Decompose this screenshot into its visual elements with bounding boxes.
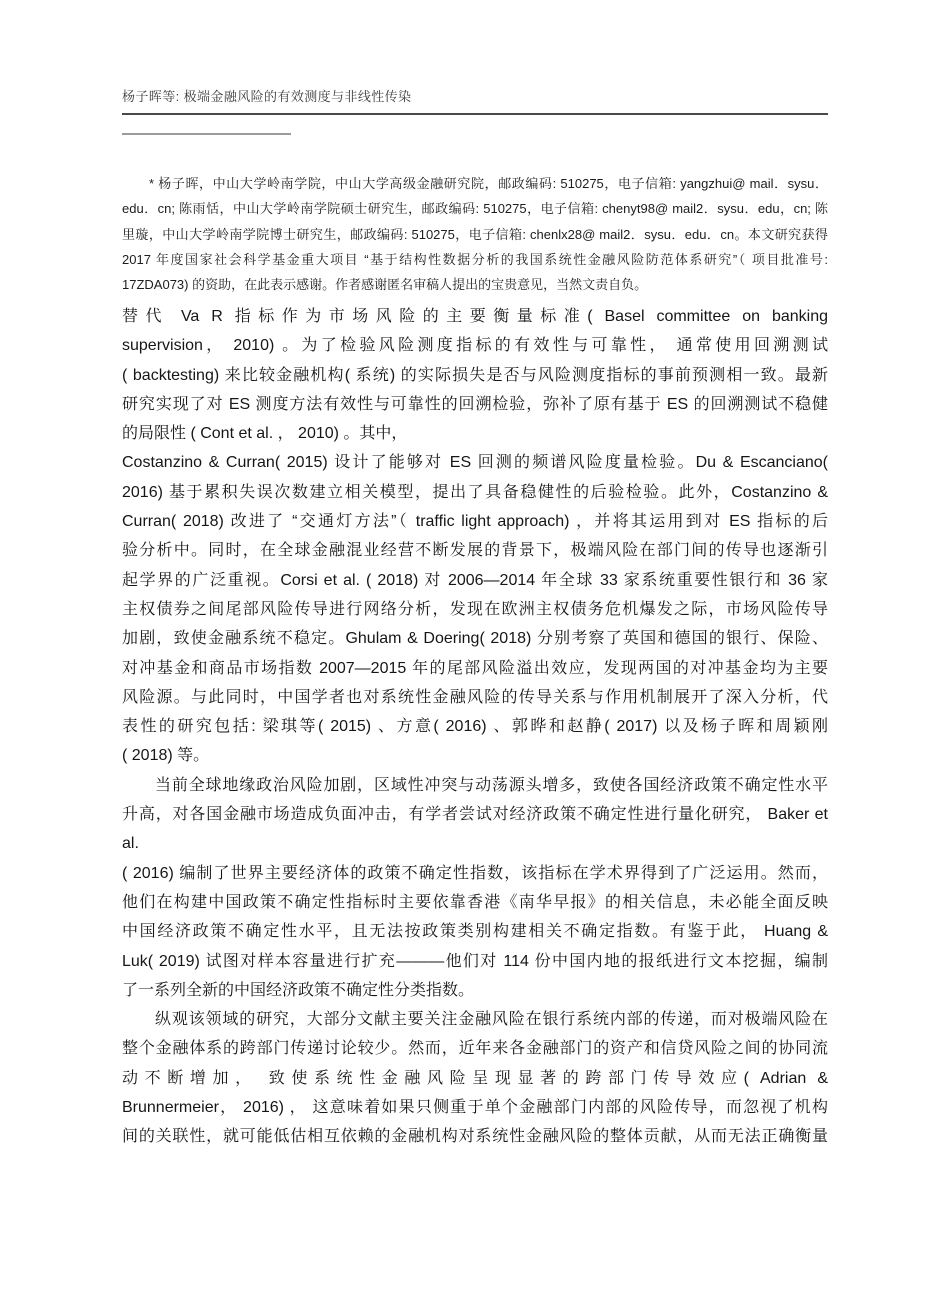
- body-line: supervision， 2010) 。为了检验风险测度指标的有效性与可靠性， …: [122, 331, 828, 360]
- body-line: 间的关联性，就可能低估相互依赖的金融机构对系统性金融风险的整体贡献，从而无法正确…: [122, 1122, 828, 1151]
- body-line: 的局限性 ( Cont et al. ， 2010) 。其中，: [122, 419, 828, 448]
- footnote-block: * 杨子晖，中山大学岭南学院，中山大学高级金融研究院，邮政编码: 510275，…: [122, 171, 828, 297]
- paper-page: 杨子晖等: 极端金融风险的有效测度与非线性传染 * 杨子晖，中山大学岭南学院，中…: [0, 0, 950, 1290]
- footnote-line: 2017 年度国家社会科学基金重大项目 “基于结构性数据分析的我国系统性金融风险…: [122, 247, 828, 272]
- footnote-line: * 杨子晖，中山大学岭南学院，中山大学高级金融研究院，邮政编码: 510275，…: [122, 171, 828, 196]
- body-line: 风险源。与此同时，中国学者也对系统性金融风险的传导关系与作用机制展开了深入分析，…: [122, 683, 828, 712]
- body-line: 中国经济政策不确定性水平，且无法按政策类别构建相关不确定指数。有鉴于此， Hua…: [122, 917, 828, 946]
- footnote-line: 里璇，中山大学岭南学院博士研究生，邮政编码: 510275，电子信箱: chen…: [122, 222, 828, 247]
- body-line: 整个金融体系的跨部门传递讨论较少。然而，近年来各金融部门的资产和信贷风险之间的协…: [122, 1034, 828, 1063]
- header-rule: [122, 113, 828, 115]
- body-line: Luk( 2019) 试图对样本容量进行扩充———他们对 114 份中国内地的报…: [122, 947, 828, 976]
- body-line: 2016) 基于累积失误次数建立相关模型，提出了具备稳健性的后验检验。此外，Co…: [122, 478, 828, 507]
- footnote-separator-rule: [122, 133, 291, 135]
- body-line: Brunnermeier， 2016) ， 这意味着如果只侧重于单个金融部门内部…: [122, 1093, 828, 1122]
- footnote-line: edu．cn; 陈雨恬，中山大学岭南学院硕士研究生，邮政编码: 510275，电…: [122, 196, 828, 221]
- body-line: 起学界的广泛重视。Corsi et al. ( 2018) 对 2006—201…: [122, 566, 828, 595]
- body-text-block: 替代 Va R 指标作为市场风险的主要衡量标准( Basel committee…: [122, 302, 828, 1152]
- body-line: Costanzino & Curran( 2015) 设计了能够对 ES 回测的…: [122, 448, 828, 477]
- body-line: ( backtesting) 来比较金融机构( 系统) 的实际损失是否与风险测度…: [122, 361, 828, 390]
- body-line: ( 2018) 等。: [122, 741, 828, 770]
- body-line: 对冲基金和商品市场指数 2007—2015 年的尾部风险溢出效应，发现两国的对冲…: [122, 654, 828, 683]
- body-line: 加剧，致使金融系统不稳定。Ghulam & Doering( 2018) 分别考…: [122, 624, 828, 653]
- body-line: 验分析中。同时，在全球金融混业经营不断发展的背景下，极端风险在部门间的传导也逐渐…: [122, 536, 828, 565]
- body-line: 主权债券之间尾部风险传导进行网络分析，发现在欧洲主权债务危机爆发之际，市场风险传…: [122, 595, 828, 624]
- body-line: 表性的研究包括: 梁琪等( 2015) 、方意( 2016) 、郭晔和赵静( 2…: [122, 712, 828, 741]
- body-line: 他们在构建中国政策不确定性指标时主要依靠香港《南华早报》的相关信息，未必能全面反…: [122, 888, 828, 917]
- running-header: 杨子晖等: 极端金融风险的有效测度与非线性传染: [122, 86, 828, 105]
- body-line: 纵观该领域的研究，大部分文献主要关注金融风险在银行系统内部的传递，而对极端风险在: [122, 1005, 828, 1034]
- body-line: al.: [122, 829, 828, 858]
- footnote-line: 17ZDA073) 的资助，在此表示感谢。作者感谢匿名审稿人提出的宝贵意见，当然…: [122, 272, 828, 297]
- body-line: Curran( 2018) 改进了 “交通灯方法”（ traffic light…: [122, 507, 828, 536]
- body-line: ( 2016) 编制了世界主要经济体的政策不确定性指数，该指标在学术界得到了广泛…: [122, 859, 828, 888]
- body-line: 替代 Va R 指标作为市场风险的主要衡量标准( Basel committee…: [122, 302, 828, 331]
- body-line: 了一系列全新的中国经济政策不确定性分类指数。: [122, 976, 828, 1005]
- body-line: 当前全球地缘政治风险加剧，区域性冲突与动荡源头增多，致使各国经济政策不确定性水平: [122, 771, 828, 800]
- body-line: 研究实现了对 ES 测度方法有效性与可靠性的回溯检验，弥补了原有基于 ES 的回…: [122, 390, 828, 419]
- body-line: 升高，对各国金融市场造成负面冲击，有学者尝试对经济政策不确定性进行量化研究， B…: [122, 800, 828, 829]
- body-line: 动不断增加， 致使系统性金融风险呈现显著的跨部门传导效应( Adrian &: [122, 1064, 828, 1093]
